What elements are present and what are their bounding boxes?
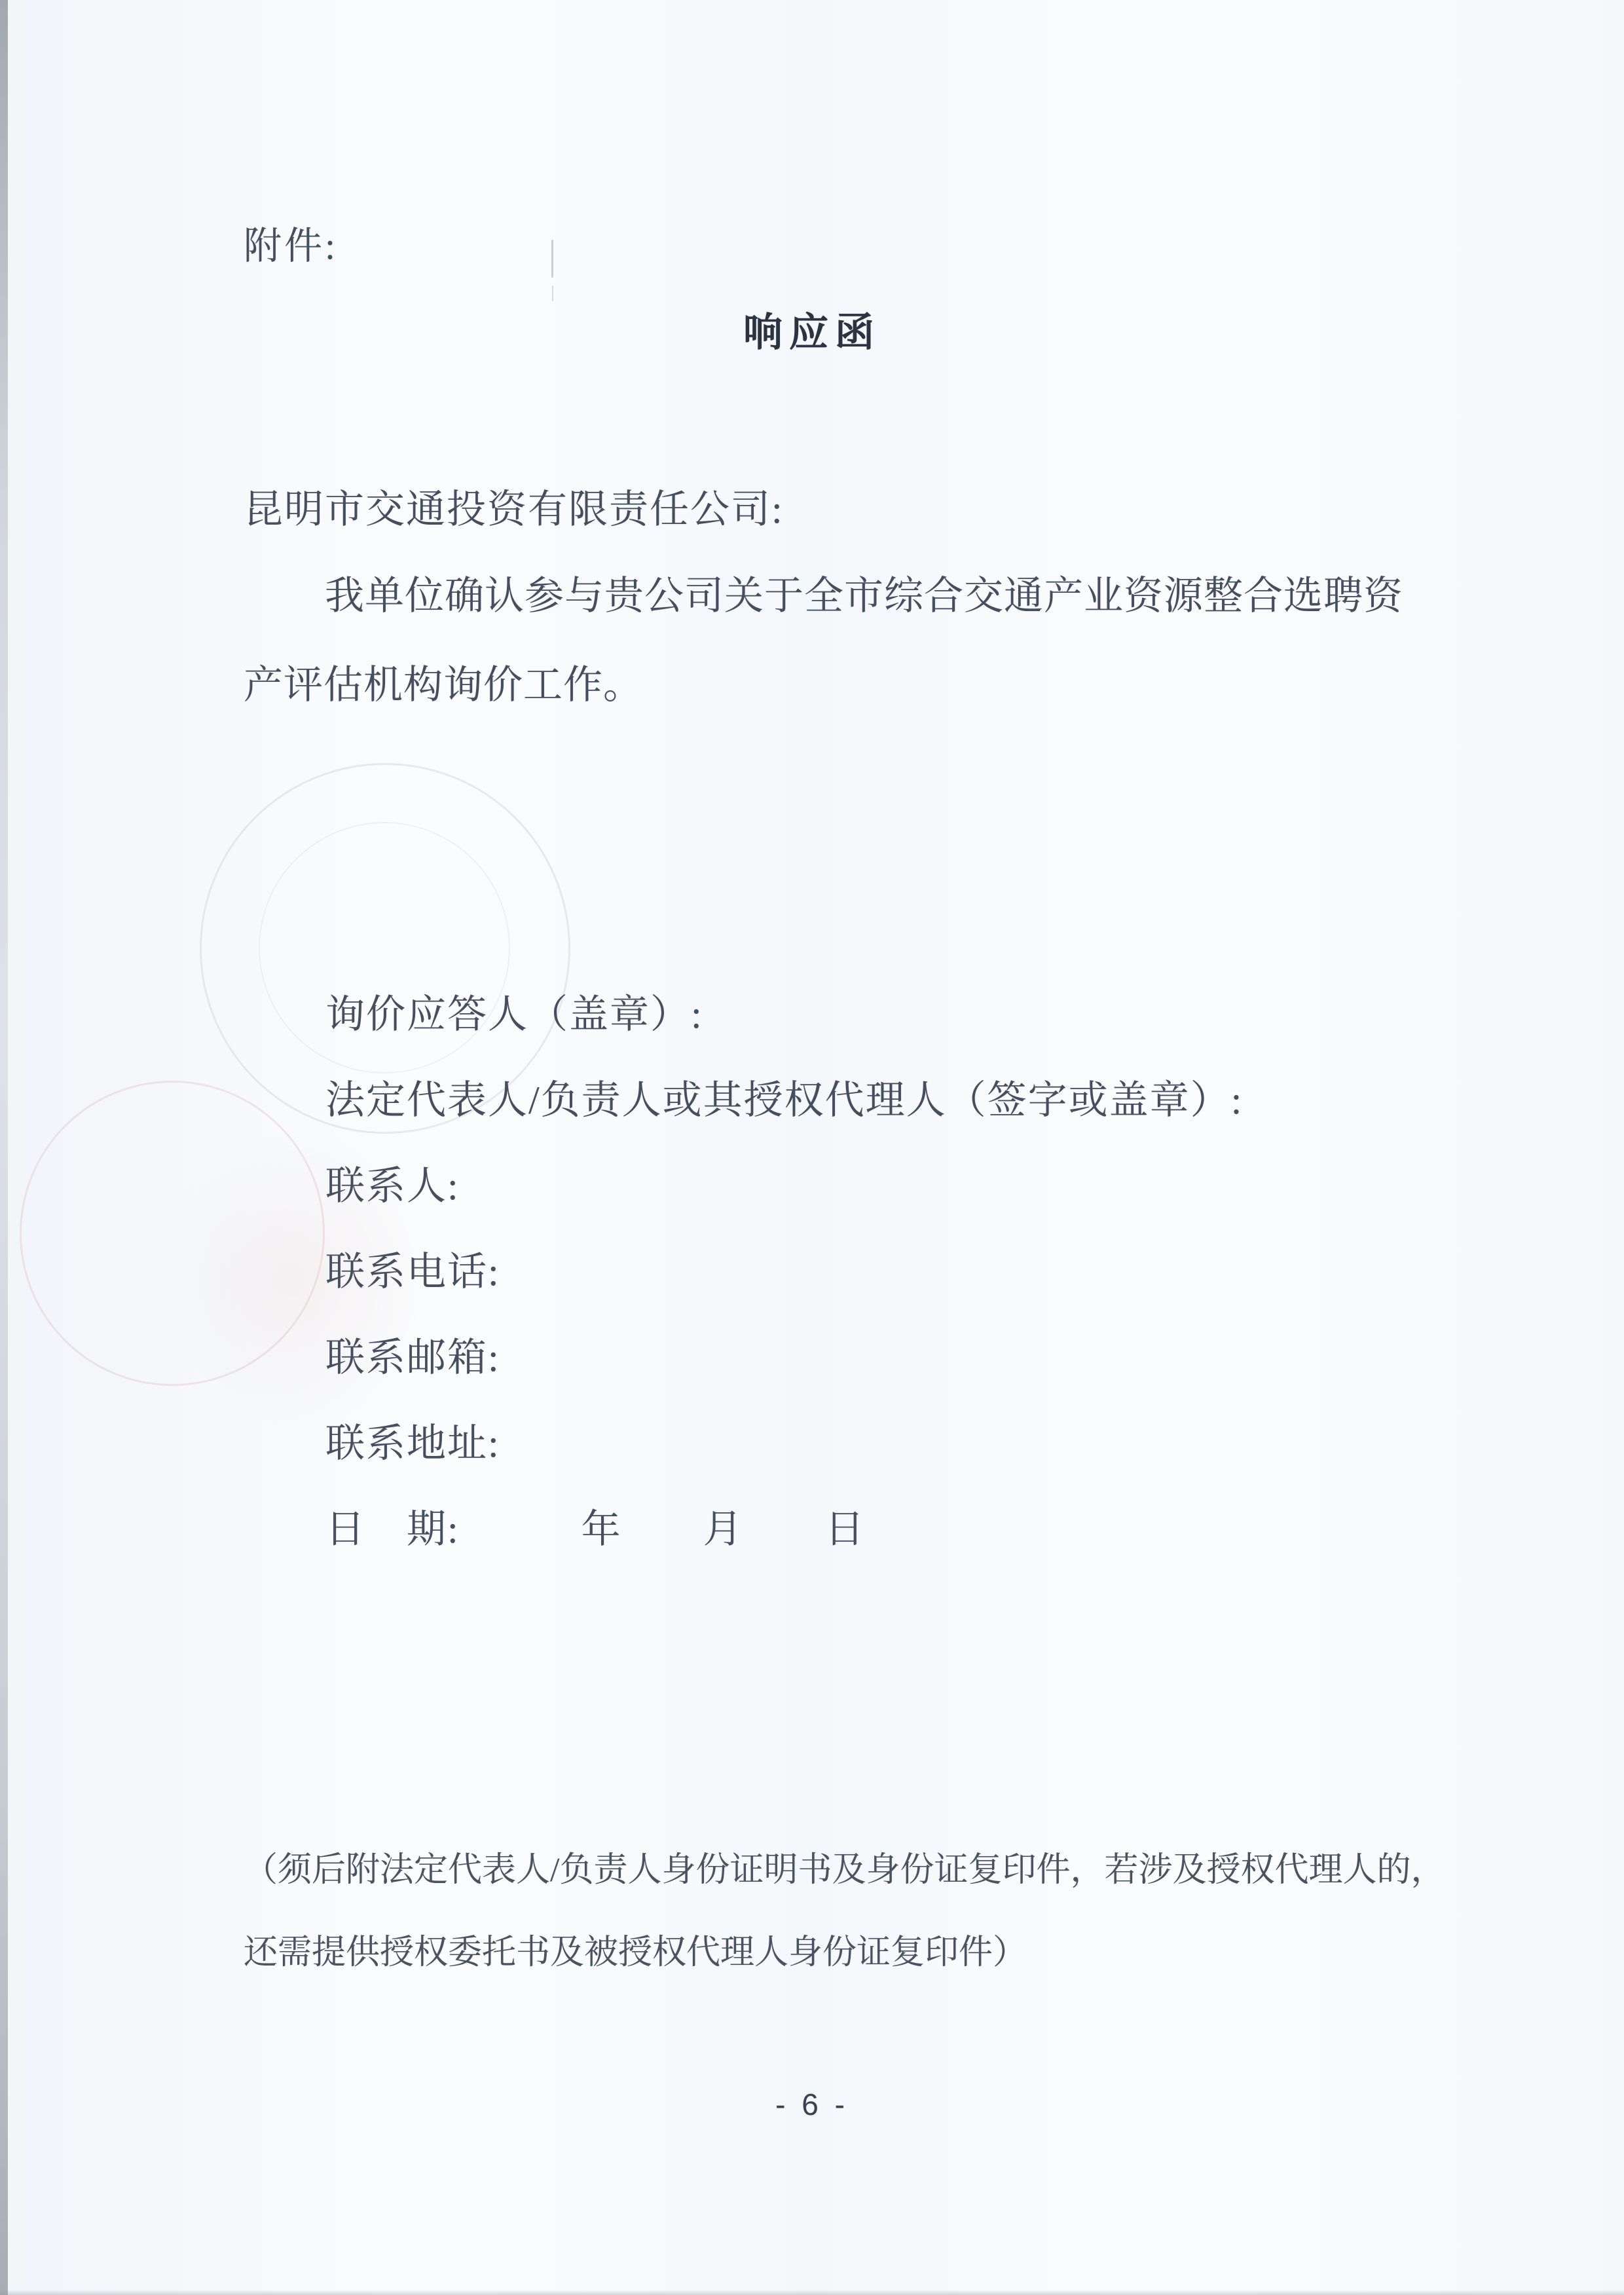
- scan-fold-mark: [552, 286, 553, 301]
- field-contact-phone: 联系电话:: [325, 1250, 1243, 1294]
- scan-fold-mark: [551, 240, 553, 278]
- field-legal-representative: 法定代表人/负责人或其授权代理人（签字或盖章）:: [325, 1079, 1243, 1122]
- attachment-label: 附件:: [244, 215, 338, 270]
- footnote-line-1: （须后附法定代表人/负责人身份证明书及身份证复印件，若涉及授权代理人的，: [244, 1842, 1445, 1891]
- document-page: 附件: 响应函 昆明市交通投资有限责任公司: 我单位确认参与贵公司关于全市综合交…: [0, 0, 1624, 2295]
- recipient-line: 昆明市交通投资有限责任公司:: [244, 478, 784, 534]
- field-contact-address: 联系地址:: [325, 1422, 1243, 1465]
- page-number: - 6 -: [0, 2087, 1624, 2122]
- field-contact-email: 联系邮箱:: [325, 1336, 1243, 1379]
- document-title: 响应函: [0, 301, 1624, 358]
- field-date: 日 期: 年 月 日: [325, 1508, 1243, 1551]
- field-respondent-seal: 询价应答人（盖章）:: [325, 993, 1243, 1036]
- scan-edge-bottom: [0, 2290, 1624, 2295]
- body-paragraph-line-1: 我单位确认参与贵公司关于全市综合交通产业资源整合选聘资: [244, 565, 1403, 621]
- body-paragraph-line-2: 产评估机构询价工作。: [244, 654, 643, 710]
- response-form: 询价应答人（盖章）: 法定代表人/负责人或其授权代理人（签字或盖章）: 联系人:…: [325, 993, 1243, 1594]
- field-contact-person: 联系人:: [325, 1165, 1243, 1208]
- footnote-line-2: 还需提供授权委托书及被授权代理人身份证复印件）: [244, 1924, 1027, 1973]
